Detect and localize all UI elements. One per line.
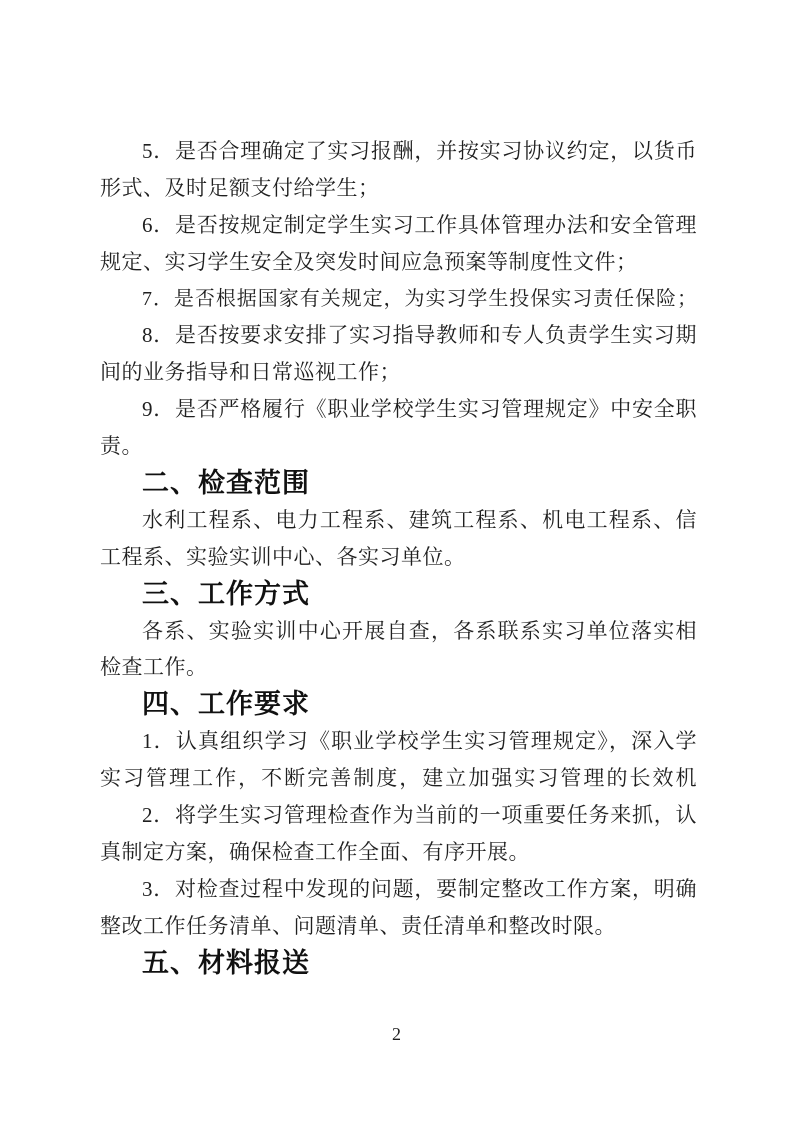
section-heading-work-requirements: 四、工作要求 — [100, 686, 697, 723]
doc-line: 7．是否根据国家有关规定，为实习学生投保实习责任保险； — [100, 281, 697, 318]
doc-line: 真制定方案，确保检查工作全面、有序开展。 — [100, 834, 697, 871]
doc-line: 实习管理工作，不断完善制度，建立加强实习管理的长效机制； — [100, 760, 697, 797]
doc-line: 1．认真组织学习《职业学校学生实习管理规定》，深入学生 — [100, 723, 697, 760]
doc-line: 各系、实验实训中心开展自查，各系联系实习单位落实相关 — [100, 613, 697, 650]
doc-line: 责。 — [100, 428, 697, 465]
doc-line: 5．是否合理确定了实习报酬，并按实习协议约定，以货币 — [100, 133, 697, 170]
page-number: 2 — [0, 1022, 793, 1046]
document-body: 5．是否合理确定了实习报酬，并按实习协议约定，以货币 形式、及时足额支付给学生；… — [100, 133, 697, 981]
doc-line: 整改工作任务清单、问题清单、责任清单和整改时限。 — [100, 908, 697, 945]
document-page: 5．是否合理确定了实习报酬，并按实习协议约定，以货币 形式、及时足额支付给学生；… — [0, 0, 793, 1122]
doc-line: 工程系、实验实训中心、各实习单位。 — [100, 539, 697, 576]
doc-line: 3．对检查过程中发现的问题，要制定整改工作方案，明确 — [100, 871, 697, 908]
section-heading-inspection-scope: 二、检查范围 — [100, 465, 697, 502]
doc-line: 间的业务指导和日常巡视工作； — [100, 354, 697, 391]
doc-line: 形式、及时足额支付给学生； — [100, 170, 697, 207]
doc-line: 6．是否按规定制定学生实习工作具体管理办法和安全管理 — [100, 207, 697, 244]
doc-line: 水利工程系、电力工程系、建筑工程系、机电工程系、信息 — [100, 502, 697, 539]
doc-line: 2．将学生实习管理检查作为当前的一项重要任务来抓，认 — [100, 797, 697, 834]
doc-line: 检查工作。 — [100, 649, 697, 686]
doc-line: 9．是否严格履行《职业学校学生实习管理规定》中安全职 — [100, 391, 697, 428]
section-heading-material-submission: 五、材料报送 — [100, 945, 697, 982]
doc-line: 规定、实习学生安全及突发时间应急预案等制度性文件； — [100, 244, 697, 281]
section-heading-work-method: 三、工作方式 — [100, 576, 697, 613]
doc-line: 8．是否按要求安排了实习指导教师和专人负责学生实习期 — [100, 317, 697, 354]
